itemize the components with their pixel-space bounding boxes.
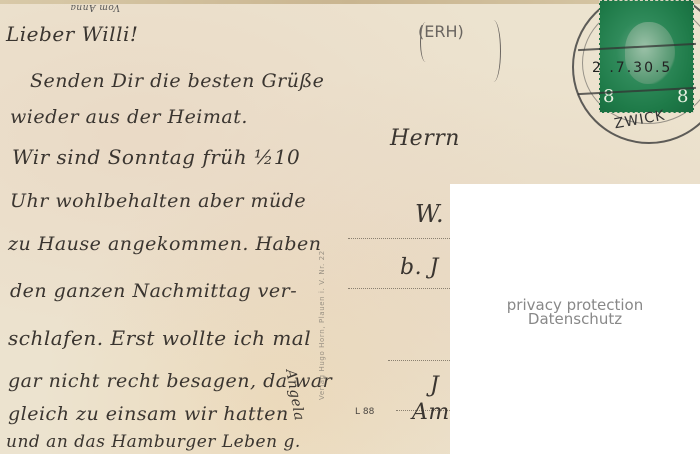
- address-line-4-text: Am: [412, 400, 450, 425]
- postcard-back: Vom Anna Lieber Willi! Senden Dir die be…: [0, 0, 700, 454]
- publisher-imprint: Verlag Hugo Horn, Plauen i. V. Nr. 22: [318, 250, 326, 400]
- message-line: wieder aus der Heimat.: [10, 106, 248, 128]
- archive-mark-bracket-right: [486, 20, 501, 82]
- address-line-1: [348, 238, 450, 239]
- message-line: den ganzen Nachmittag ver-: [10, 280, 297, 302]
- address-line-1-text: W.: [415, 200, 444, 228]
- message-line: Lieber Willi!: [6, 22, 138, 46]
- address-salutation: Herrn: [390, 126, 460, 151]
- message-line: Uhr wohlbehalten aber müde: [10, 190, 306, 212]
- address-line-3: [388, 360, 450, 361]
- privacy-text: privacy protection Datenschutz: [450, 298, 700, 326]
- message-line: gleich zu einsam wir hatten: [8, 403, 289, 425]
- card-code: L 88: [355, 407, 374, 417]
- message-line: und an das Hamburger Leben g.: [6, 432, 301, 452]
- message-line: Wir sind Sonntag früh ½10: [12, 145, 300, 169]
- message-line: Senden Dir die besten Grüße: [30, 70, 324, 92]
- address-line-2: [348, 288, 450, 289]
- postmark-date: 2 .7.30.5: [592, 60, 672, 76]
- message-line: schlafen. Erst wollte ich mal: [8, 326, 311, 350]
- address-line-2-text: b. J: [400, 255, 439, 280]
- address-line-3-text: J: [430, 373, 439, 398]
- top-margin-note: Vom Anna: [70, 2, 120, 12]
- message-line: zu Hause angekommen. Haben: [8, 233, 322, 255]
- archive-mark: (ERH): [418, 22, 464, 41]
- stamp-value-left: 8: [603, 86, 614, 107]
- privacy-line-2: Datenschutz: [450, 312, 700, 326]
- privacy-overlay: privacy protection Datenschutz: [450, 184, 700, 454]
